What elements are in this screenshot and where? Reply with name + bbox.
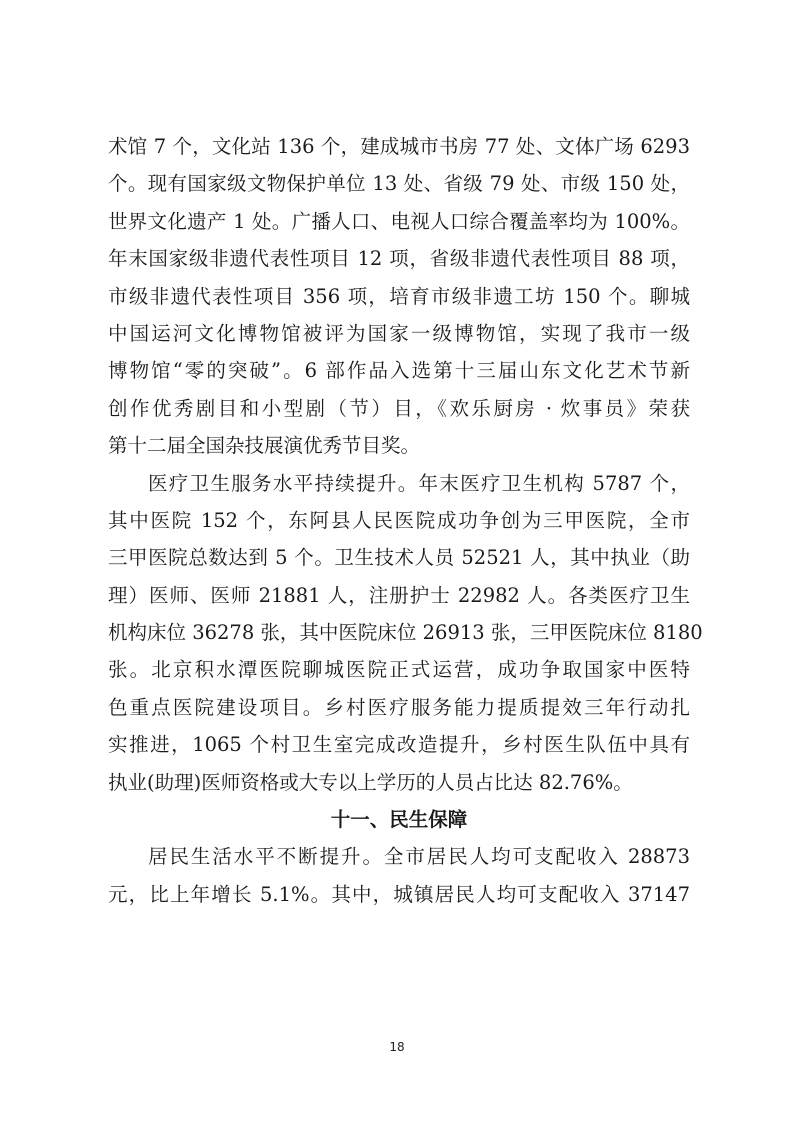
text-line: 中国运河文化博物馆被评为国家一级博物馆，实现了我市一级 xyxy=(108,315,690,352)
text-line: 博物馆“零的突破”。6 部作品入选第十三届山东文化艺术节新 xyxy=(108,352,690,389)
text-line: 医疗卫生服务水平持续提升。年末医疗卫生机构 5787 个， xyxy=(108,465,690,502)
text-line: 其中医院 152 个，东阿县人民医院成功争创为三甲医院，全市 xyxy=(108,502,690,539)
text-line: 机构床位 36278 张，其中医院床位 26913 张，三甲医院床位 8180 xyxy=(108,614,690,651)
section-heading: 十一、民生保障 xyxy=(108,801,690,838)
text-line: 张。北京积水潭医院聊城医院正式运营，成功争取国家中医特 xyxy=(108,651,690,688)
text-line: 年末国家级非遗代表性项目 12 项，省级非遗代表性项目 88 项， xyxy=(108,240,690,277)
text-line: 创作优秀剧目和小型剧（节）目，《欢乐厨房 · 炊事员》荣获 xyxy=(108,390,690,427)
text-line: 理）医师、医师 21881 人，注册护士 22982 人。各类医疗卫生 xyxy=(108,577,690,614)
document-page: 术馆 7 个，文化站 136 个，建成城市书房 77 处、文体广场 6293 个… xyxy=(0,0,794,1123)
text-line: 世界文化遗产 1 处。广播人口、电视人口综合覆盖率均为 100%。 xyxy=(108,203,690,240)
page-number: 18 xyxy=(0,1040,794,1054)
text-line: 执业(助理)医师资格或大专以上学历的人员占比达 82.76%。 xyxy=(108,764,690,801)
text-line: 实推进，1065 个村卫生室完成改造提升，乡村医生队伍中具有 xyxy=(108,726,690,763)
text-line: 三甲医院总数达到 5 个。卫生技术人员 52521 人，其中执业（助 xyxy=(108,539,690,576)
document-body: 术馆 7 个，文化站 136 个，建成城市书房 77 处、文体广场 6293 个… xyxy=(108,128,690,913)
paragraph-culture: 术馆 7 个，文化站 136 个，建成城市书房 77 处、文体广场 6293 个… xyxy=(108,128,690,465)
text-line: 色重点医院建设项目。乡村医疗服务能力提质提效三年行动扎 xyxy=(108,689,690,726)
text-line: 居民生活水平不断提升。全市居民人均可支配收入 28873 xyxy=(108,838,690,875)
text-line: 第十二届全国杂技展演优秀节目奖。 xyxy=(108,427,690,464)
paragraph-healthcare: 医疗卫生服务水平持续提升。年末医疗卫生机构 5787 个， 其中医院 152 个… xyxy=(108,465,690,802)
paragraph-livelihood: 居民生活水平不断提升。全市居民人均可支配收入 28873 元，比上年增长 5.1… xyxy=(108,838,690,913)
text-line: 市级非遗代表性项目 356 项，培育市级非遗工坊 150 个。聊城 xyxy=(108,278,690,315)
text-line: 个。现有国家级文物保护单位 13 处、省级 79 处、市级 150 处， xyxy=(108,165,690,202)
text-line: 术馆 7 个，文化站 136 个，建成城市书房 77 处、文体广场 6293 xyxy=(108,128,690,165)
text-line: 元，比上年增长 5.1%。其中，城镇居民人均可支配收入 37147 xyxy=(108,876,690,913)
